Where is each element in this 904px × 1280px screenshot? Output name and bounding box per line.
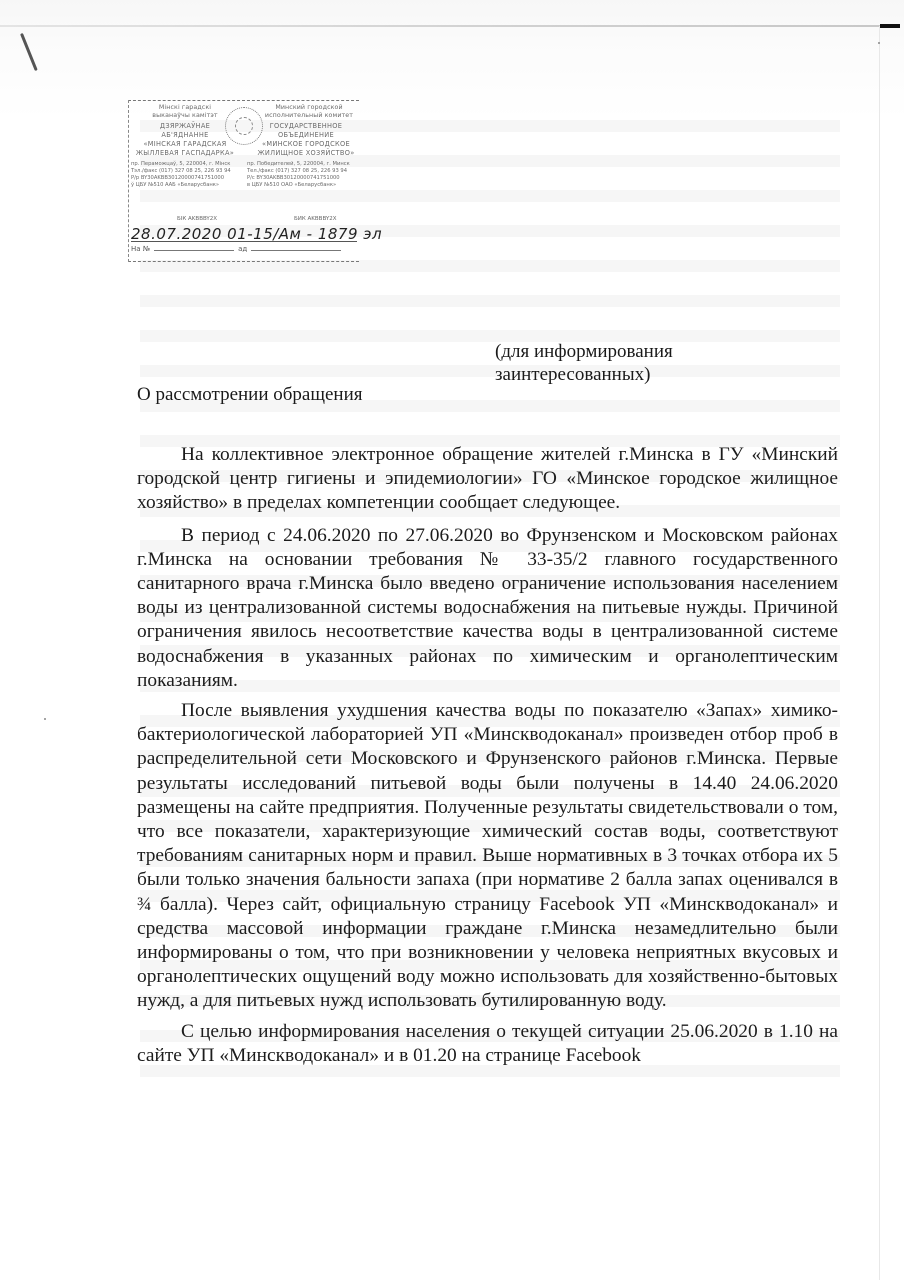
- addressee-line: заинтересованных): [495, 363, 673, 386]
- stamp-authority: выканаўчы камітэт: [131, 112, 239, 120]
- paragraph: На коллективное электронное обращение жи…: [137, 443, 838, 516]
- stamp-org: ДЗЯРЖАЎНАЕ: [131, 122, 239, 131]
- stamp-org: «МІНСКАЯ ГАРАДСКАЯ: [131, 140, 239, 149]
- stamp-phone: Тэл./факс (017) 327 08 25, 226 93 94: [131, 168, 239, 175]
- registration-underline: [131, 241, 357, 242]
- stamp-authority: Мінскі гарадскі: [131, 104, 239, 112]
- stamp-belarusian: Мінскі гарадскі выканаўчы камітэт ДЗЯРЖА…: [131, 104, 239, 189]
- scan-corner-mark: [880, 24, 900, 28]
- stamp-account: Р/с BY30AKBB30120000741751000: [247, 175, 355, 182]
- scan-artifact: [20, 33, 38, 71]
- stamp-address: пр. Победителей, 5, 220004, г. Минск: [247, 161, 355, 168]
- addressee: (для информирования заинтересованных): [495, 340, 673, 386]
- stamp-org: ЖЫЛЛЕВАЯ ГАСПАДАРКА»: [131, 149, 239, 158]
- letter-subject: О рассмотрении обращения: [137, 384, 363, 406]
- from-label: ад: [238, 245, 247, 253]
- ref-label: На №: [131, 245, 150, 253]
- stamp-bank: ў ЦБУ №510 ААБ «Беларусбанк»: [131, 182, 239, 189]
- stamp-authority: Минский городской: [247, 104, 355, 112]
- registration-number: 28.07.2020 01-15/Ам - 1879 эл: [131, 225, 356, 243]
- stamp-russian: Минский городской исполнительный комитет…: [247, 104, 355, 189]
- stamp-phone: Тел./факс (017) 327 08 25, 226 93 94: [247, 168, 355, 175]
- from-blank: [251, 250, 341, 251]
- paragraph: После выявления ухудшения качества воды …: [137, 699, 838, 1014]
- stamp-reference-line: На №ад: [131, 245, 341, 253]
- scan-right-edge: [879, 26, 880, 1280]
- letterhead-stamp: Мінскі гарадскі выканаўчы камітэт ДЗЯРЖА…: [128, 100, 359, 262]
- stamp-org: ЖИЛИЩНОЕ ХОЗЯЙСТВО»: [247, 149, 355, 158]
- scan-top-edge: [0, 25, 880, 27]
- scan-speck: [878, 42, 880, 44]
- stamp-authority: исполнительный комитет: [247, 112, 355, 120]
- stamp-org: «МИНСКОЕ ГОРОДСКОЕ: [247, 140, 355, 149]
- stamp-org: АБ'ЯДНАННЕ: [131, 131, 239, 140]
- stamp-org: ГОСУДАРСТВЕННОЕ: [247, 122, 355, 131]
- scanned-page: Мінскі гарадскі выканаўчы камітэт ДЗЯРЖА…: [0, 0, 904, 1280]
- paragraph: С целью информирования населения о текущ…: [137, 1020, 838, 1068]
- ref-blank: [154, 250, 234, 251]
- stamp-bik: БИК AKBBBY2X: [294, 216, 337, 222]
- addressee-line: (для информирования: [495, 340, 673, 363]
- stamp-address: пр. Пераможцаў, 5, 220004, г. Мінск: [131, 161, 239, 168]
- scan-speck: [44, 718, 46, 720]
- stamp-bank: в ЦБУ №510 ОАО «Беларусбанк»: [247, 182, 355, 189]
- stamp-org: ОБЪЕДИНЕНИЕ: [247, 131, 355, 140]
- stamp-bik: БІК AKBBBY2X: [177, 216, 217, 222]
- letter-body: На коллективное электронное обращение жи…: [137, 443, 838, 1074]
- paragraph: В период с 24.06.2020 по 27.06.2020 во Ф…: [137, 524, 838, 693]
- stamp-account: Р/р BY30AKBB30120000741751000: [131, 175, 239, 182]
